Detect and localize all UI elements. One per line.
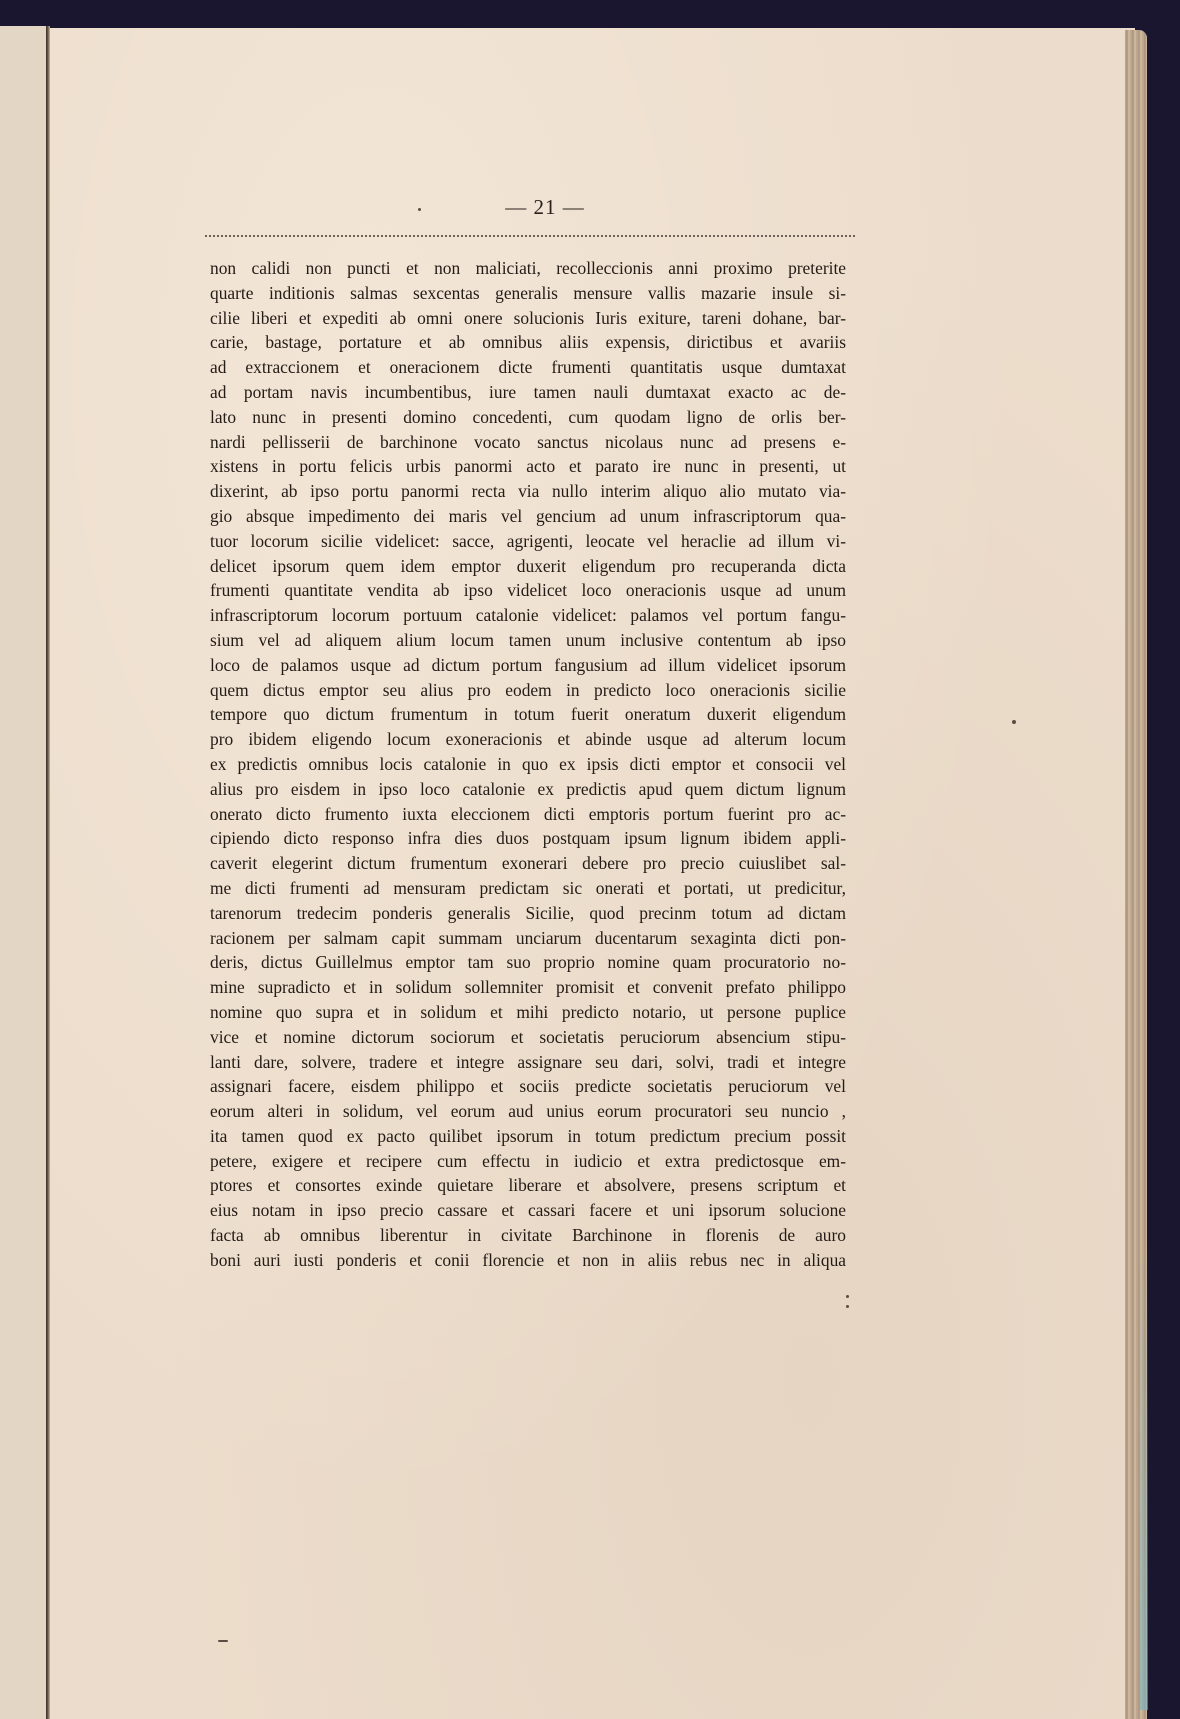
text-line: eius notam in ipso precio cassare et cas… bbox=[210, 1198, 846, 1223]
paper-speck bbox=[846, 1305, 849, 1308]
text-line: deris, dictus Guillelmus emptor tam suo … bbox=[210, 950, 846, 975]
paper-speck bbox=[418, 208, 421, 211]
text-line: lato nunc in presenti domino concedenti,… bbox=[210, 405, 846, 430]
text-line: onerato dicto frumento iuxta eleccionem … bbox=[210, 802, 846, 827]
paper-speck bbox=[1012, 720, 1016, 724]
text-line: caverit elegerint dictum frumentum exone… bbox=[210, 851, 846, 876]
text-line: nardi pellisserii de barchinone vocato s… bbox=[210, 430, 846, 455]
text-line: quem dictus emptor seu alius pro eodem i… bbox=[210, 678, 846, 703]
text-line: non calidi non puncti et non maliciati, … bbox=[210, 256, 846, 281]
text-line: sium vel ad aliquem alium locum tamen un… bbox=[210, 628, 846, 653]
paper-speck bbox=[218, 1640, 228, 1642]
text-line: tarenorum tredecim ponderis generalis Si… bbox=[210, 901, 846, 926]
facing-page-edge bbox=[0, 26, 50, 1719]
body-text: non calidi non puncti et non maliciati, … bbox=[210, 256, 846, 1273]
text-line: lanti dare, solvere, tradere et integre … bbox=[210, 1050, 846, 1075]
text-line: cilie liberi et expediti ab omni onere s… bbox=[210, 306, 846, 331]
text-line: eorum alteri in solidum, vel eorum aud u… bbox=[210, 1099, 846, 1124]
text-line: gio absque impedimento dei maris vel gen… bbox=[210, 504, 846, 529]
text-line: me dicti frumenti ad mensuram predictam … bbox=[210, 876, 846, 901]
text-line: assignari facere, eisdem philippo et soc… bbox=[210, 1074, 846, 1099]
text-line: delicet ipsorum quem idem emptor duxerit… bbox=[210, 554, 846, 579]
text-line: loco de palamos usque ad dictum portum f… bbox=[210, 653, 846, 678]
text-line: ad extraccionem et oneracionem dicte fru… bbox=[210, 355, 846, 380]
text-line: nomine quo supra et in solidum et mihi p… bbox=[210, 1000, 846, 1025]
text-line: ptores et consortes exinde quietare libe… bbox=[210, 1173, 846, 1198]
text-line: tempore quo dictum frumentum in totum fu… bbox=[210, 702, 846, 727]
text-line: mine supradicto et in solidum sollemnite… bbox=[210, 975, 846, 1000]
text-line: tuor locorum sicilie videlicet: sacce, a… bbox=[210, 529, 846, 554]
text-line: xistens in portu felicis urbis panormi a… bbox=[210, 454, 846, 479]
text-line: alius pro eisdem in ipso loco catalonie … bbox=[210, 777, 846, 802]
text-line: petere, exigere et recipere cum effectu … bbox=[210, 1149, 846, 1174]
text-line: frumenti quantitate vendita ab ipso vide… bbox=[210, 578, 846, 603]
text-line: vice et nomine dictorum sociorum et soci… bbox=[210, 1025, 846, 1050]
text-line: racionem per salmam capit summam unciaru… bbox=[210, 926, 846, 951]
header-dotted-rule bbox=[205, 235, 855, 237]
text-line: ita tamen quod ex pacto quilibet ipsorum… bbox=[210, 1124, 846, 1149]
text-line: facta ab omnibus liberentur in civitate … bbox=[210, 1223, 846, 1248]
page-edge-stain bbox=[1140, 1250, 1148, 1710]
paper-speck bbox=[846, 1295, 849, 1298]
text-line: infrascriptorum locorum portuum cataloni… bbox=[210, 603, 846, 628]
text-line: ex predictis omnibus locis catalonie in … bbox=[210, 752, 846, 777]
text-line: carie, bastage, portature et ab omnibus … bbox=[210, 330, 846, 355]
text-line: quarte inditionis salmas sexcentas gener… bbox=[210, 281, 846, 306]
text-line: cipiendo dicto responso infra dies duos … bbox=[210, 826, 846, 851]
page-number: — 21 — bbox=[470, 195, 620, 220]
text-line: ad portam navis incumbentibus, iure tame… bbox=[210, 380, 846, 405]
text-line: dixerint, ab ipso portu panormi recta vi… bbox=[210, 479, 846, 504]
text-line: pro ibidem eligendo locum exoneracionis … bbox=[210, 727, 846, 752]
text-line: boni auri iusti ponderis et conii floren… bbox=[210, 1248, 846, 1273]
